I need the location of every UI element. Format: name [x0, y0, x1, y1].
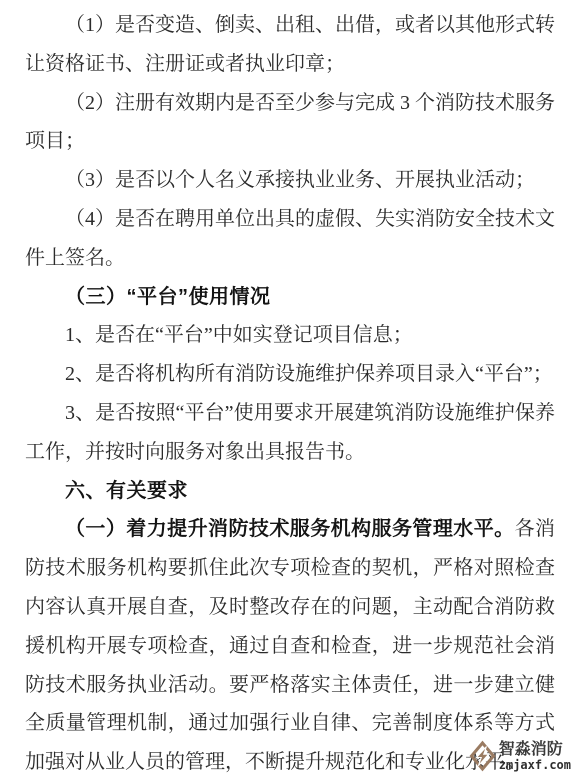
brand-name: 智淼消防 [499, 741, 571, 758]
brand-domain: zmjaxf.com [499, 758, 571, 772]
watermark: 智淼消防 zmjaxf.com [469, 740, 571, 772]
section-heading-platform-usage: （三）“平台”使用情况 [25, 278, 555, 317]
requirements-paragraph-1: （一）着力提升消防技术服务机构服务管理水平。各消防技术服务机构要抓住此次专项检查… [25, 510, 555, 774]
platform-item-2: 2、是否将机构所有消防设施维护保养项目录入“平台”； [25, 355, 555, 394]
document-page: （1）是否变造、倒卖、出租、出借，或者以其他形式转让资格证书、注册证或者执业印章… [0, 0, 580, 774]
checklist-item-4: （4）是否在聘用单位出具的虚假、失实消防安全技术文件上签名。 [25, 200, 555, 278]
watermark-text: 智淼消防 zmjaxf.com [499, 741, 571, 772]
platform-item-1: 1、是否在“平台”中如实登记项目信息； [25, 316, 555, 355]
checklist-item-3: （3）是否以个人名义承接执业业务、开展执业活动； [25, 161, 555, 200]
section-heading-requirements: 六、有关要求 [25, 472, 555, 511]
diamond-lightning-icon [469, 740, 496, 772]
requirements-paragraph-1-lead: （一）着力提升消防技术服务机构服务管理水平。 [65, 518, 515, 540]
checklist-item-1: （1）是否变造、倒卖、出租、出借，或者以其他形式转让资格证书、注册证或者执业印章… [25, 6, 555, 84]
platform-item-3: 3、是否按照“平台”使用要求开展建筑消防设施维护保养工作，并按时向服务对象出具报… [25, 394, 555, 472]
requirements-paragraph-1-body: 各消防技术服务机构要抓住此次专项检查的契机，严格对照检查内容认真开展自查，及时整… [25, 518, 555, 773]
checklist-item-2: （2）注册有效期内是否至少参与完成 3 个消防技术服务项目； [25, 84, 555, 162]
